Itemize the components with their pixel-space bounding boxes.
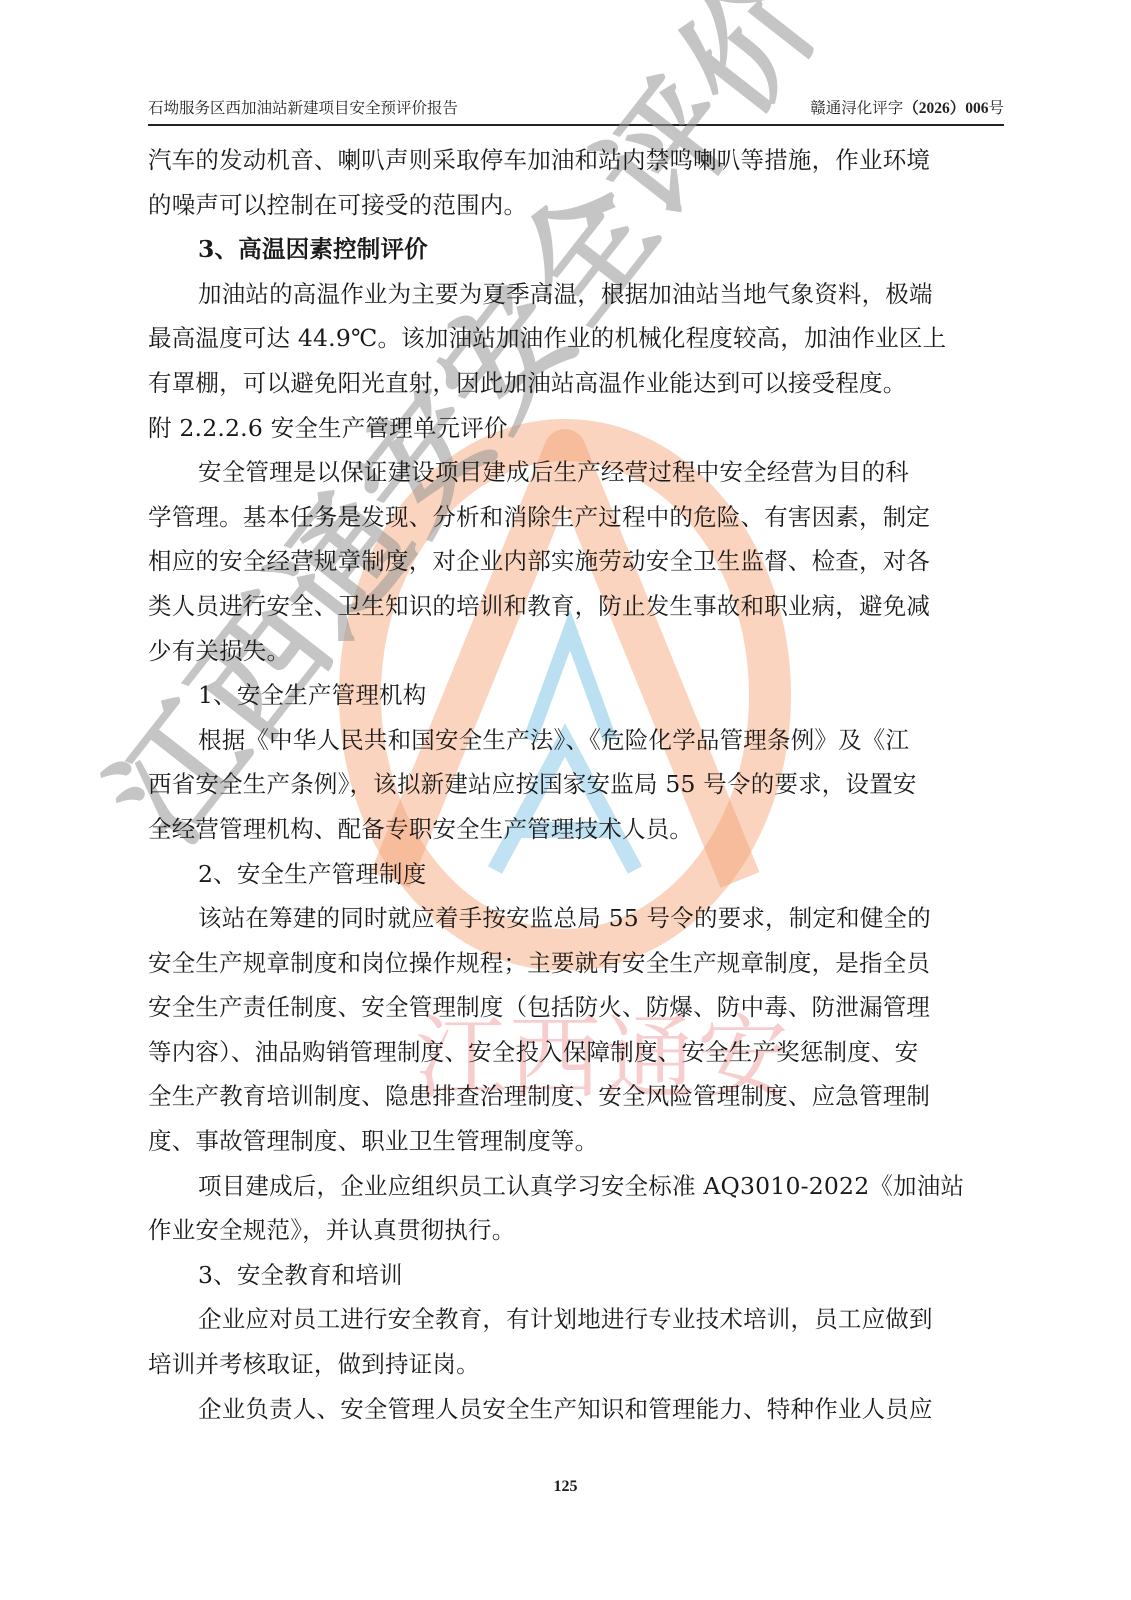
paragraph-line: 汽车的发动机音、喇叭声则采取停车加油和站内禁鸣喇叭等措施，作业环境 (148, 138, 1004, 183)
header-divider (148, 124, 1004, 126)
body-text: 汽车的发动机音、喇叭声则采取停车加油和站内禁鸣喇叭等措施，作业环境 的噪声可以控… (148, 138, 1004, 1431)
paragraph-line: 的噪声可以控制在可接受的范围内。 (148, 183, 1004, 228)
paragraph-line: 作业安全规范》，并认真贯彻执行。 (148, 1208, 1004, 1253)
item-heading: 2、安全生产管理制度 (148, 852, 1004, 897)
item-heading: 1、安全生产管理机构 (148, 673, 1004, 718)
doc-number-prefix: 赣通浔化评字 (810, 99, 903, 117)
paragraph-line: 少有关损失。 (148, 629, 1004, 674)
paragraph-line: 加油站的高温作业为主要为夏季高温，根据加油站当地气象资料，极端 (148, 272, 1004, 317)
paragraph-line: 等内容）、油品购销管理制度、安全投入保障制度、安全生产奖惩制度、安 (148, 1030, 1004, 1075)
paragraph-line: 全生产教育培训制度、隐患排查治理制度、安全风险管理制度、应急管理制 (148, 1074, 1004, 1119)
running-header: 石坳服务区西加油站新建项目安全预评价报告 赣通浔化评字（2026）006号 (148, 96, 1004, 122)
document-page: 石坳服务区西加油站新建项目安全预评价报告 赣通浔化评字（2026）006号 江西… (0, 0, 1131, 1600)
paragraph-line: 相应的安全经营规章制度，对企业内部实施劳动安全卫生监督、检查，对各 (148, 539, 1004, 584)
section-heading: 3、高温因素控制评价 (148, 227, 1004, 272)
paragraph-line: 类人员进行安全、卫生知识的培训和教育，防止发生事故和职业病，避免减 (148, 584, 1004, 629)
paragraph-line: 培训并考核取证，做到持证岗。 (148, 1342, 1004, 1387)
paragraph-line: 全经营管理机构、配备专职安全生产管理技术人员。 (148, 807, 1004, 852)
item-heading: 3、安全教育和培训 (148, 1253, 1004, 1298)
doc-number-year: （2026）006 (903, 100, 988, 117)
paragraph-line: 项目建成后，企业应组织员工认真学习安全标准 AQ3010-2022《加油站 (148, 1164, 1004, 1209)
paragraph-line: 最高温度可达 44.9℃。该加油站加油作业的机械化程度较高，加油作业区上 (148, 316, 1004, 361)
paragraph-line: 该站在筹建的同时就应着手按安监总局 55 号令的要求，制定和健全的 (148, 896, 1004, 941)
paragraph-line: 学管理。基本任务是发现、分析和消除生产过程中的危险、有害因素，制定 (148, 495, 1004, 540)
document-number: 赣通浔化评字（2026）006号 (810, 96, 1004, 118)
paragraph-line: 根据《中华人民共和国安全生产法》、《危险化学品管理条例》及《江 (148, 718, 1004, 763)
report-title: 石坳服务区西加油站新建项目安全预评价报告 (148, 96, 458, 118)
paragraph-line: 企业应对员工进行安全教育，有计划地进行专业技术培训，员工应做到 (148, 1297, 1004, 1342)
paragraph-line: 企业负责人、安全管理人员安全生产知识和管理能力、特种作业人员应 (148, 1387, 1004, 1432)
paragraph-line: 安全生产责任制度、安全管理制度（包括防火、防爆、防中毒、防泄漏管理 (148, 985, 1004, 1030)
doc-number-suffix: 号 (988, 99, 1004, 117)
paragraph-line: 西省安全生产条例》，该拟新建站应按国家安监局 55 号令的要求，设置安 (148, 762, 1004, 807)
page-number: 125 (0, 1478, 1131, 1496)
paragraph-line: 安全生产规章制度和岗位操作规程；主要就有安全生产规章制度，是指全员 (148, 941, 1004, 986)
paragraph-line: 度、事故管理制度、职业卫生管理制度等。 (148, 1119, 1004, 1164)
paragraph-line: 安全管理是以保证建设项目建成后生产经营过程中安全经营为目的科 (148, 450, 1004, 495)
subsection-heading: 附 2.2.2.6 安全生产管理单元评价 (148, 406, 1004, 451)
paragraph-line: 有罩棚，可以避免阳光直射，因此加油站高温作业能达到可以接受程度。 (148, 361, 1004, 406)
